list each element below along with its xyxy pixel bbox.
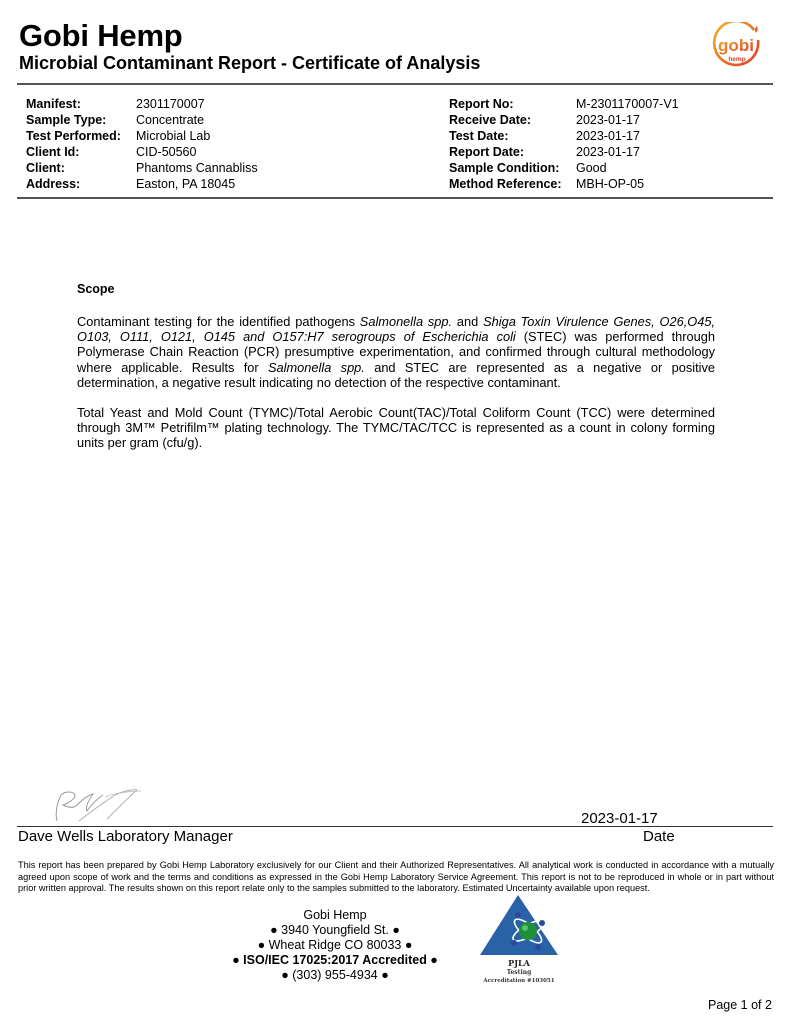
signatory-name: Dave Wells Laboratory Manager [18, 828, 233, 845]
disclaimer-text: This report has been prepared by Gobi He… [18, 860, 774, 895]
pjla-accreditation-number: Accreditation #103051 [474, 978, 564, 984]
meta-value: Phantoms Cannabliss [136, 160, 258, 176]
sample-info-right: Report No:M-2301170007-V1 Receive Date:2… [449, 96, 679, 192]
pjla-triangle-atom-icon [478, 893, 560, 957]
pjla-accreditation-badge: PJLA Testing Accreditation #103051 [474, 893, 564, 993]
meta-label: Test Performed: [26, 128, 136, 144]
meta-label: Test Date: [449, 128, 576, 144]
text-run-italic: Salmonella spp. [268, 360, 365, 375]
scope-paragraph-pathogens: Contaminant testing for the identified p… [77, 314, 715, 390]
report-title: Microbial Contaminant Report - Certifica… [19, 53, 480, 74]
page-number: Page 1 of 2 [708, 998, 772, 1012]
phone-number: ● (303) 955-4934 ● [210, 968, 460, 983]
meta-row-test-date: Test Date:2023-01-17 [449, 128, 679, 144]
brand-title: Gobi Hemp [19, 18, 183, 54]
text-run-italic: Salmonella spp. [360, 314, 452, 329]
meta-value: 2023-01-17 [576, 112, 640, 128]
meta-label: Client: [26, 160, 136, 176]
gobi-hemp-logo-icon: gobi hemp [706, 22, 766, 72]
svg-text:gobi: gobi [718, 36, 754, 55]
street-address: ● 3940 Youngfield St. ● [210, 923, 460, 938]
meta-value: Concentrate [136, 112, 204, 128]
signature-line [17, 826, 773, 827]
meta-label: Address: [26, 176, 136, 192]
signature-date: 2023-01-17 [581, 810, 658, 827]
meta-value: Good [576, 160, 607, 176]
meta-row-client: Client:Phantoms Cannabliss [26, 160, 258, 176]
meta-value: MBH-OP-05 [576, 176, 644, 192]
meta-value: 2023-01-17 [576, 128, 640, 144]
svg-text:hemp: hemp [728, 56, 745, 63]
lab-address-block: Gobi Hemp ● 3940 Youngfield St. ● ● Whea… [210, 908, 460, 983]
meta-row-sample-type: Sample Type:Concentrate [26, 112, 258, 128]
header-divider [17, 83, 773, 85]
meta-label: Sample Type: [26, 112, 136, 128]
meta-label: Report Date: [449, 144, 576, 160]
meta-value: 2301170007 [136, 96, 205, 112]
meta-row-receive-date: Receive Date:2023-01-17 [449, 112, 679, 128]
meta-value: Easton, PA 18045 [136, 176, 235, 192]
meta-divider [17, 197, 773, 199]
scope-paragraph-counts: Total Yeast and Mold Count (TYMC)/Total … [77, 405, 715, 451]
signature-image [45, 785, 170, 825]
pjla-name: PJLA [474, 958, 564, 968]
date-label: Date [643, 828, 675, 845]
meta-value: 2023-01-17 [576, 144, 640, 160]
city-address: ● Wheat Ridge CO 80033 ● [210, 938, 460, 953]
meta-label: Sample Condition: [449, 160, 576, 176]
accreditation-text: ● ISO/IEC 17025:2017 Accredited ● [210, 953, 460, 968]
meta-row-test-performed: Test Performed:Microbial Lab [26, 128, 258, 144]
company-name: Gobi Hemp [210, 908, 460, 923]
sample-info-left: Manifest:2301170007 Sample Type:Concentr… [26, 96, 258, 192]
meta-label: Report No: [449, 96, 576, 112]
meta-row-address: Address:Easton, PA 18045 [26, 176, 258, 192]
meta-value: CID-50560 [136, 144, 196, 160]
meta-row-report-date: Report Date:2023-01-17 [449, 144, 679, 160]
text-run: and [452, 314, 483, 329]
meta-value: Microbial Lab [136, 128, 210, 144]
scope-heading: Scope [77, 282, 115, 296]
meta-label: Method Reference: [449, 176, 576, 192]
meta-value: M-2301170007-V1 [576, 96, 679, 112]
meta-row-method-reference: Method Reference:MBH-OP-05 [449, 176, 679, 192]
meta-row-sample-condition: Sample Condition:Good [449, 160, 679, 176]
meta-label: Client Id: [26, 144, 136, 160]
meta-label: Receive Date: [449, 112, 576, 128]
text-run: Contaminant testing for the identified p… [77, 314, 360, 329]
meta-row-manifest: Manifest:2301170007 [26, 96, 258, 112]
meta-row-report-no: Report No:M-2301170007-V1 [449, 96, 679, 112]
pjla-type: Testing [474, 969, 564, 976]
meta-label: Manifest: [26, 96, 136, 112]
meta-row-client-id: Client Id:CID-50560 [26, 144, 258, 160]
